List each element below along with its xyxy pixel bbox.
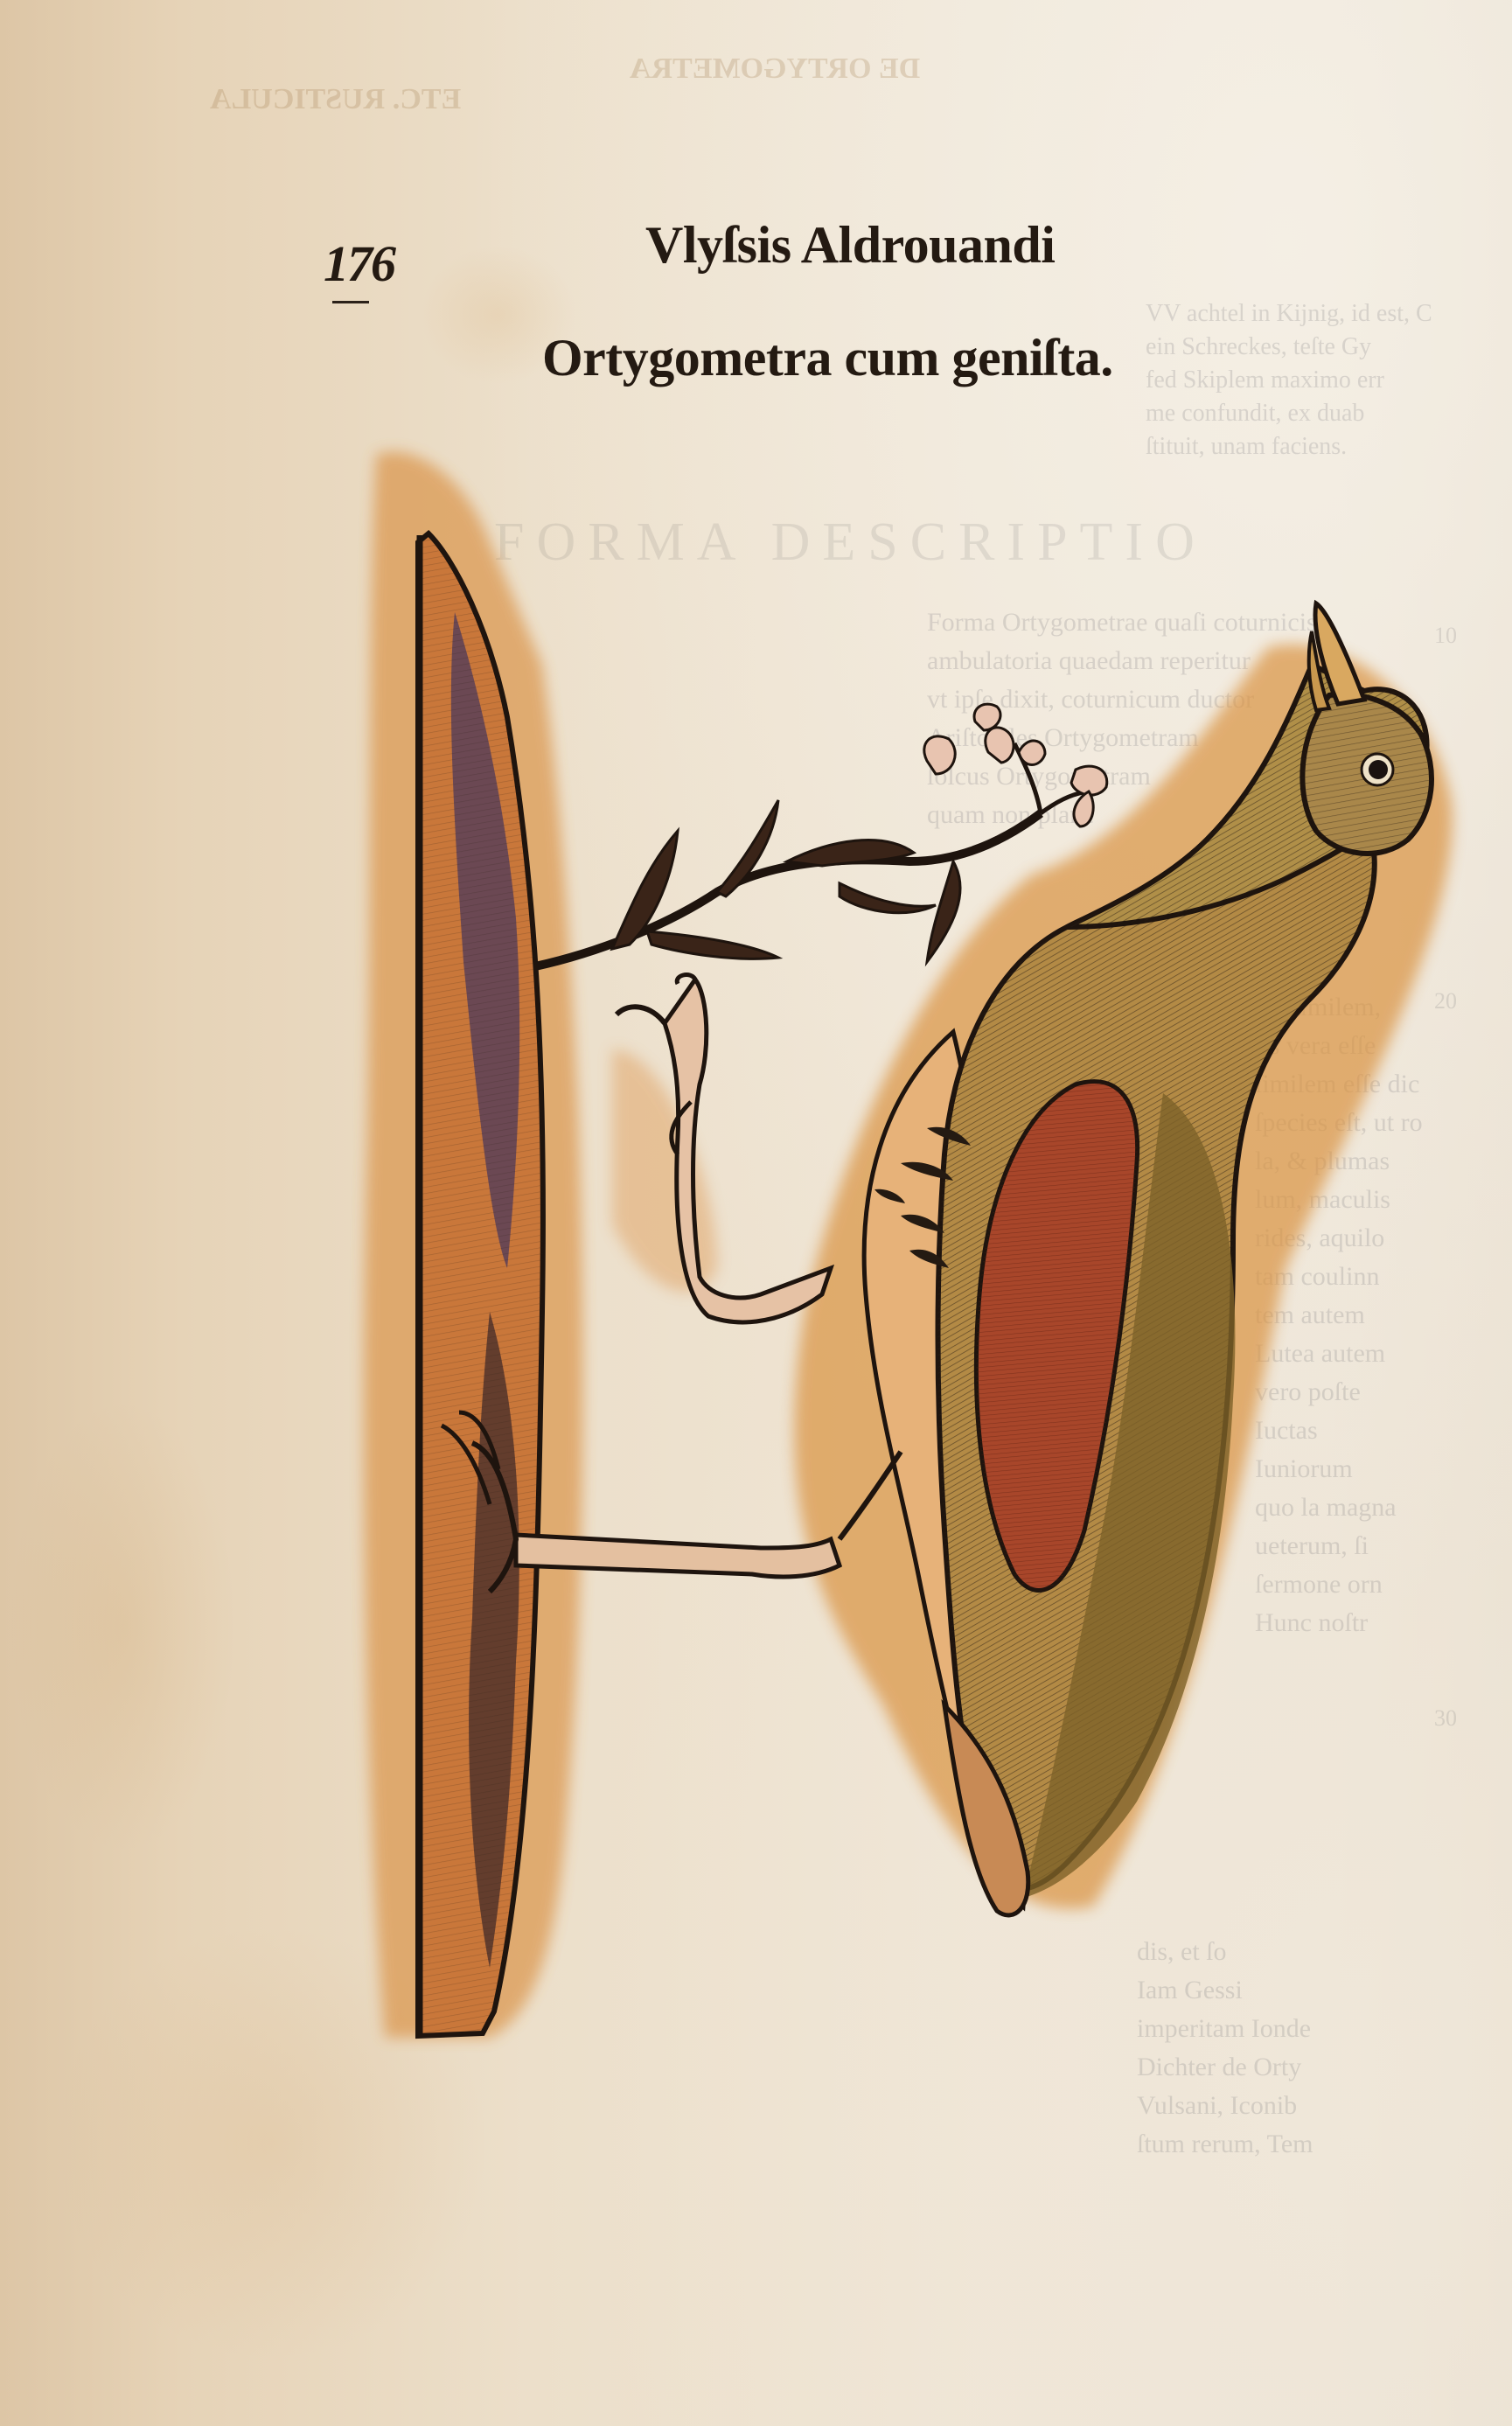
book-page: DE ORTYGOMETRA ETC. RUSTICULA VV achtel …: [0, 0, 1512, 2426]
broom-flowers: [924, 704, 1107, 826]
woodcut-illustration: [0, 0, 1512, 2426]
